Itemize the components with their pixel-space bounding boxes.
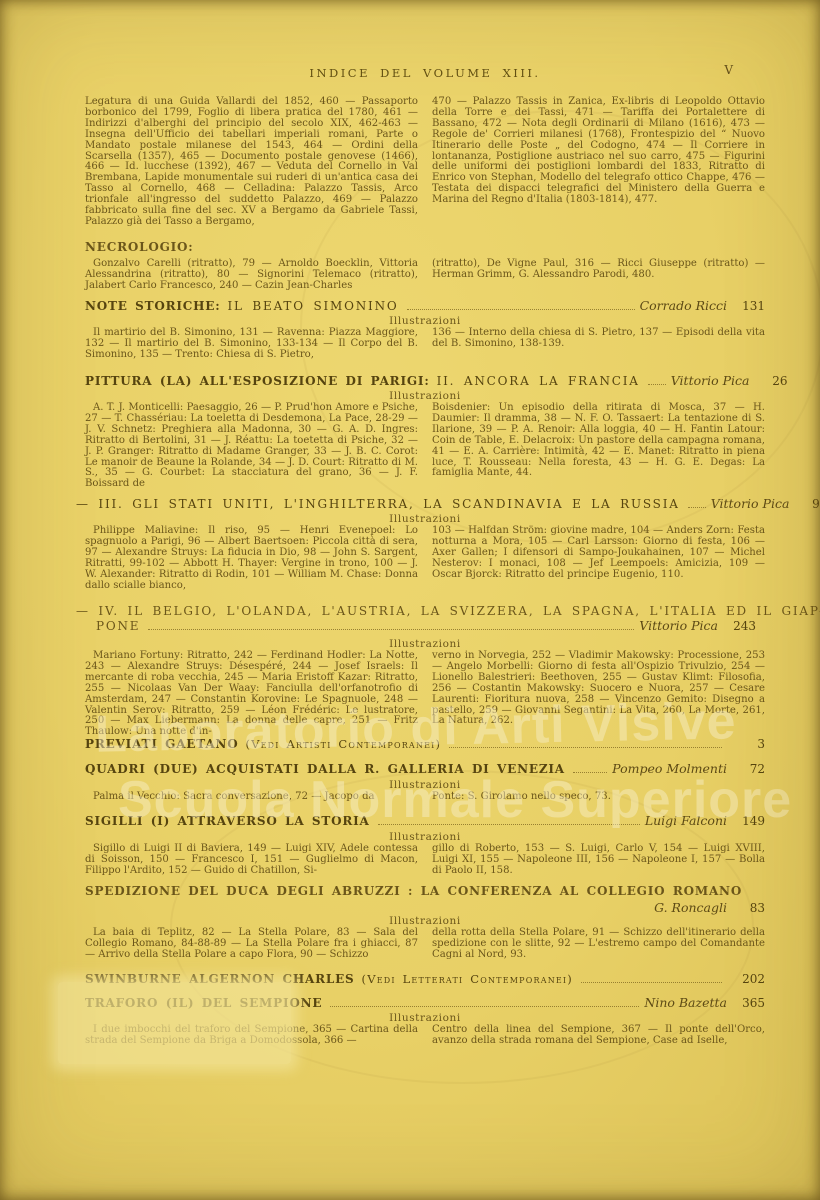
entry-page-number: 3 bbox=[735, 737, 765, 751]
stati-uniti-left-column: Philippe Maliavine: Il riso, 95 — Henri … bbox=[85, 526, 418, 591]
entry-author: Pompeo Molmenti bbox=[612, 761, 727, 776]
dotted-leader bbox=[581, 981, 722, 983]
entry-author: Corrado Ricci bbox=[640, 298, 727, 313]
entry-title-line1: — IV. IL BELGIO, L'OLANDA, L'AUSTRIA, LA… bbox=[76, 604, 756, 618]
pittura-left-column: A. T. J. Monticelli: Paesaggio, 26 — P. … bbox=[85, 403, 418, 490]
entry-page-number: 95 bbox=[797, 497, 820, 511]
illustrations-label: Illustrazioni bbox=[85, 915, 765, 927]
traforo-illustrations: I due imbocchi del traforo del Sempione,… bbox=[85, 1025, 765, 1047]
illustrations-label: Illustrazioni bbox=[85, 315, 765, 327]
entry-title: SPEDIZIONE DEL DUCA DEGLI ABRUZZI : LA C… bbox=[85, 884, 765, 898]
entry-page-number: 243 bbox=[726, 619, 756, 633]
note-storiche-illustrations: Il martirio del B. Simonino, 131 — Raven… bbox=[85, 328, 765, 361]
folio-number: V bbox=[724, 63, 734, 77]
stati-uniti-illustrations: Philippe Maliavine: Il riso, 95 — Henri … bbox=[85, 526, 765, 591]
dotted-leader bbox=[407, 308, 635, 310]
pittura-right-column: Boisdenier: Un episodio della ritirata d… bbox=[432, 403, 765, 490]
index-entry-belgio: — IV. IL BELGIO, L'OLANDA, L'AUSTRIA, LA… bbox=[76, 604, 756, 633]
entry-author: Vittorio Pica bbox=[639, 618, 718, 633]
entry-page-number: 149 bbox=[735, 814, 765, 828]
illustrations-label: Illustrazioni bbox=[85, 513, 765, 525]
index-entry-spedizione: SPEDIZIONE DEL DUCA DEGLI ABRUZZI : LA C… bbox=[85, 884, 765, 915]
entry-page-number: 26 bbox=[757, 374, 787, 388]
spedizione-left-column: La baia di Teplitz, 82 — La Stella Polar… bbox=[85, 928, 418, 961]
entry-page-number: 202 bbox=[735, 972, 765, 986]
illustrations-label: Illustrazioni bbox=[85, 390, 765, 402]
dotted-leader bbox=[378, 823, 640, 825]
entry-title: PITTURA (LA) ALL'ESPOSIZIONE DI PARIGI: bbox=[85, 374, 430, 388]
entry-title: PREVIATI GAETANO bbox=[85, 737, 238, 751]
intro-continuation-block: Legatura di una Guida Vallardi del 1852,… bbox=[85, 97, 765, 228]
entry-title-line2: PONE bbox=[96, 619, 140, 633]
index-entry-swinburne: SWINBURNE ALGERNON CHARLES (Vedi Lettera… bbox=[85, 972, 765, 986]
dotted-leader bbox=[148, 628, 634, 630]
entry-page-number: 131 bbox=[735, 299, 765, 313]
spedizione-right-column: della rotta della Stella Polare, 91 — Sc… bbox=[432, 928, 765, 961]
necrologio-text: Gonzalvo Carelli (ritratto), 79 — Arnold… bbox=[85, 259, 765, 292]
intro-left-column: Legatura di una Guida Vallardi del 1852,… bbox=[85, 97, 418, 228]
spedizione-illustrations: La baia di Teplitz, 82 — La Stella Polar… bbox=[85, 928, 765, 961]
dotted-leader bbox=[449, 746, 722, 748]
scanned-index-page: INDICE DEL VOLUME XIII. V Legatura di un… bbox=[0, 0, 820, 1200]
entry-subtitle: IL BEATO SIMONINO bbox=[227, 299, 398, 313]
index-entry-necrologio: NECROLOGIO: bbox=[85, 236, 765, 255]
quadri-right-column: Ponte: S. Girolamo nello speco, 73. bbox=[432, 792, 765, 803]
note-storiche-right-column: 136 — Interno della chiesa di S. Pietro,… bbox=[432, 328, 765, 361]
illustrations-label: Illustrazioni bbox=[85, 1012, 765, 1024]
illustrations-label: Illustrazioni bbox=[85, 779, 765, 791]
sigilli-left-column: Sigillo di Luigi II di Baviera, 149 — Lu… bbox=[85, 844, 418, 877]
sigilli-illustrations: Sigillo di Luigi II di Baviera, 149 — Lu… bbox=[85, 844, 765, 877]
entry-cross-reference: (Vedi Artisti Contemporanei) bbox=[245, 737, 441, 751]
entry-page-number: 72 bbox=[735, 762, 765, 776]
stati-uniti-right-column: 103 — Halfdan Ström: giovine madre, 104 … bbox=[432, 526, 765, 591]
sigilli-right-column: gillo di Roberto, 153 — S. Luigi, Carlo … bbox=[432, 844, 765, 877]
traforo-right-column: Centro della linea del Sempione, 367 — I… bbox=[432, 1025, 765, 1047]
index-entry-previati: PREVIATI GAETANO (Vedi Artisti Contempor… bbox=[85, 737, 765, 751]
note-storiche-left-column: Il martirio del B. Simonino, 131 — Raven… bbox=[85, 328, 418, 361]
entry-title: NOTE STORICHE: bbox=[85, 299, 220, 313]
entry-author: G. Roncagli bbox=[654, 900, 727, 915]
belgio-right-column: verno in Norvegia, 252 — Vladimir Makows… bbox=[432, 651, 765, 738]
entry-title: TRAFORO (IL) DEL SEMPIONE bbox=[85, 996, 322, 1010]
necrologio-right-column: (ritratto), De Vigne Paul, 316 — Ricci G… bbox=[432, 259, 765, 292]
index-entry-sigilli: SIGILLI (I) ATTRAVERSO LA STORIA Luigi F… bbox=[85, 813, 765, 828]
index-entry-pittura: PITTURA (LA) ALL'ESPOSIZIONE DI PARIGI: … bbox=[85, 373, 765, 388]
entry-title: NECROLOGIO: bbox=[85, 240, 194, 254]
page-header: INDICE DEL VOLUME XIII. bbox=[85, 62, 765, 81]
quadri-illustrations: Palma il Vecchio: Sacra conversazione, 7… bbox=[85, 792, 765, 803]
entry-page-number: 365 bbox=[735, 996, 765, 1010]
index-entry-note-storiche: NOTE STORICHE: IL BEATO SIMONINO Corrado… bbox=[85, 298, 765, 313]
entry-author: Vittorio Pica bbox=[671, 373, 750, 388]
pittura-illustrations: A. T. J. Monticelli: Paesaggio, 26 — P. … bbox=[85, 403, 765, 490]
entry-page-number: 83 bbox=[735, 901, 765, 915]
entry-author: Luigi Falconi bbox=[645, 813, 727, 828]
index-entry-traforo: TRAFORO (IL) DEL SEMPIONE Nino Bazetta 3… bbox=[85, 995, 765, 1010]
entry-cross-reference: (Vedi Letterati Contemporanei) bbox=[362, 972, 573, 986]
entry-title: QUADRI (DUE) ACQUISTATI DALLA R. GALLERI… bbox=[85, 762, 565, 776]
entry-author: Nino Bazetta bbox=[644, 995, 727, 1010]
traforo-left-column: I due imbocchi del traforo del Sempione,… bbox=[85, 1025, 418, 1047]
entry-title: SWINBURNE ALGERNON CHARLES bbox=[85, 972, 355, 986]
dotted-leader bbox=[330, 1005, 639, 1007]
belgio-left-column: Mariano Fortuny: Ritratto, 242 — Ferdina… bbox=[85, 651, 418, 738]
quadri-left-column: Palma il Vecchio: Sacra conversazione, 7… bbox=[85, 792, 418, 803]
entry-author: Vittorio Pica bbox=[711, 496, 790, 511]
entry-title: — III. GLI STATI UNITI, L'INGHILTERRA, L… bbox=[76, 497, 680, 511]
index-entry-quadri: QUADRI (DUE) ACQUISTATI DALLA R. GALLERI… bbox=[85, 761, 765, 776]
belgio-illustrations: Mariano Fortuny: Ritratto, 242 — Ferdina… bbox=[85, 651, 765, 738]
necrologio-left-column: Gonzalvo Carelli (ritratto), 79 — Arnold… bbox=[85, 259, 418, 292]
entry-title: SIGILLI (I) ATTRAVERSO LA STORIA bbox=[85, 814, 370, 828]
index-entry-stati-uniti: — III. GLI STATI UNITI, L'INGHILTERRA, L… bbox=[76, 496, 756, 511]
entry-subtitle: II. ANCORA LA FRANCIA bbox=[437, 374, 640, 388]
page-title: INDICE DEL VOLUME XIII. bbox=[309, 66, 540, 80]
intro-right-column: 470 — Palazzo Tassis in Zanica, Ex-libri… bbox=[432, 97, 765, 228]
dotted-leader bbox=[688, 506, 706, 508]
dotted-leader bbox=[573, 771, 607, 773]
illustrations-label: Illustrazioni bbox=[85, 638, 765, 650]
dotted-leader bbox=[648, 383, 666, 385]
illustrations-label: Illustrazioni bbox=[85, 831, 765, 843]
